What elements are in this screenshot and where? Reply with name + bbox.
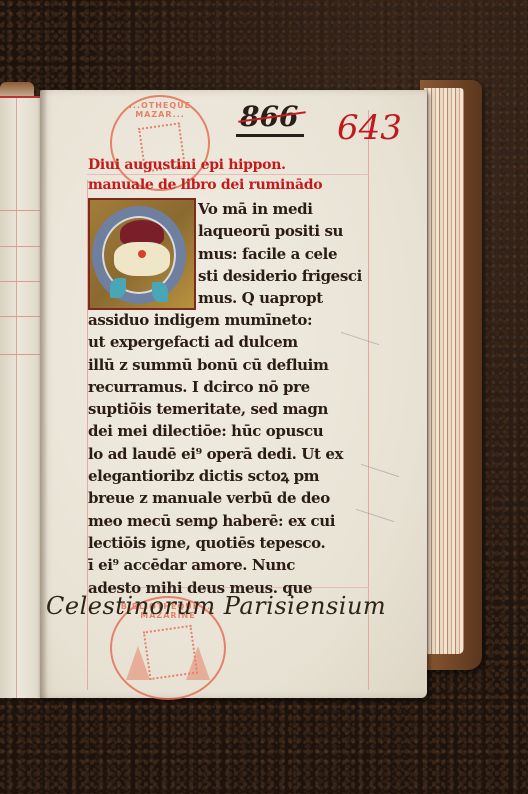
- leaf-icon: [110, 278, 126, 298]
- text-line: sti desiderio frigesci: [198, 265, 362, 287]
- pansy-center-icon: [138, 250, 146, 258]
- text-line: ut expergefacti ad dulcem: [88, 331, 343, 353]
- rubric-line-1: Diui augustini epi hippon.: [88, 157, 388, 173]
- text-line: Vo mā in medi: [198, 198, 362, 220]
- illuminated-initial: [88, 198, 196, 310]
- text-line: illū z summū bonū cū defluim: [88, 354, 343, 376]
- leaf-icon: [152, 282, 168, 302]
- text-line: meo mecū semꝑ haberē: ex cui: [88, 510, 343, 532]
- text-line: ī ei⁹ accēdar amore. Nunc: [88, 554, 343, 576]
- current-shelfmark: 643: [337, 108, 402, 148]
- text-block-beside-initial: Vo mā in medi laqueorū positi su mus: fa…: [198, 198, 362, 309]
- text-line: lo ad laudē ei⁹ operā dedi. Ut ex: [88, 443, 343, 465]
- text-line: breue z manuale verbū de deo: [88, 487, 343, 509]
- text-line: lectiōis igne, quotiēs tepesco.: [88, 532, 343, 554]
- left-page-ruling: [16, 98, 17, 698]
- text-line: elegantioribz dictis sctoꝝ pm: [88, 465, 343, 487]
- page-block-fore-edge: [424, 88, 464, 654]
- stamp-text: ...OTHEQUE MAZAR...: [112, 101, 208, 119]
- text-line: assiduo indigem mumīneto:: [88, 309, 343, 331]
- text-line: suptiōis temeritate, sed magn: [88, 398, 343, 420]
- rubric-line-2: manuale de libro dei ruminādo: [88, 177, 388, 193]
- underline: [236, 134, 304, 137]
- tower-icon: [186, 646, 210, 680]
- text-line: laqueorū positi su: [198, 220, 362, 242]
- text-line: mus. Q uapropt: [198, 287, 362, 309]
- text-line: recurramus. I dcirco nō pre: [88, 376, 343, 398]
- text-line: dei mei dilectiōe: hūc opuscu: [88, 420, 343, 442]
- old-shelfmark: 866: [240, 100, 298, 133]
- pansy-petal-icon: [114, 242, 170, 276]
- text-block-main: assiduo indigem mumīneto: ut expergefact…: [88, 309, 343, 599]
- tower-icon: [126, 646, 150, 680]
- text-line: mus: facile a cele: [198, 243, 362, 265]
- ownership-inscription: Celestinorum Parisiensium: [46, 592, 386, 620]
